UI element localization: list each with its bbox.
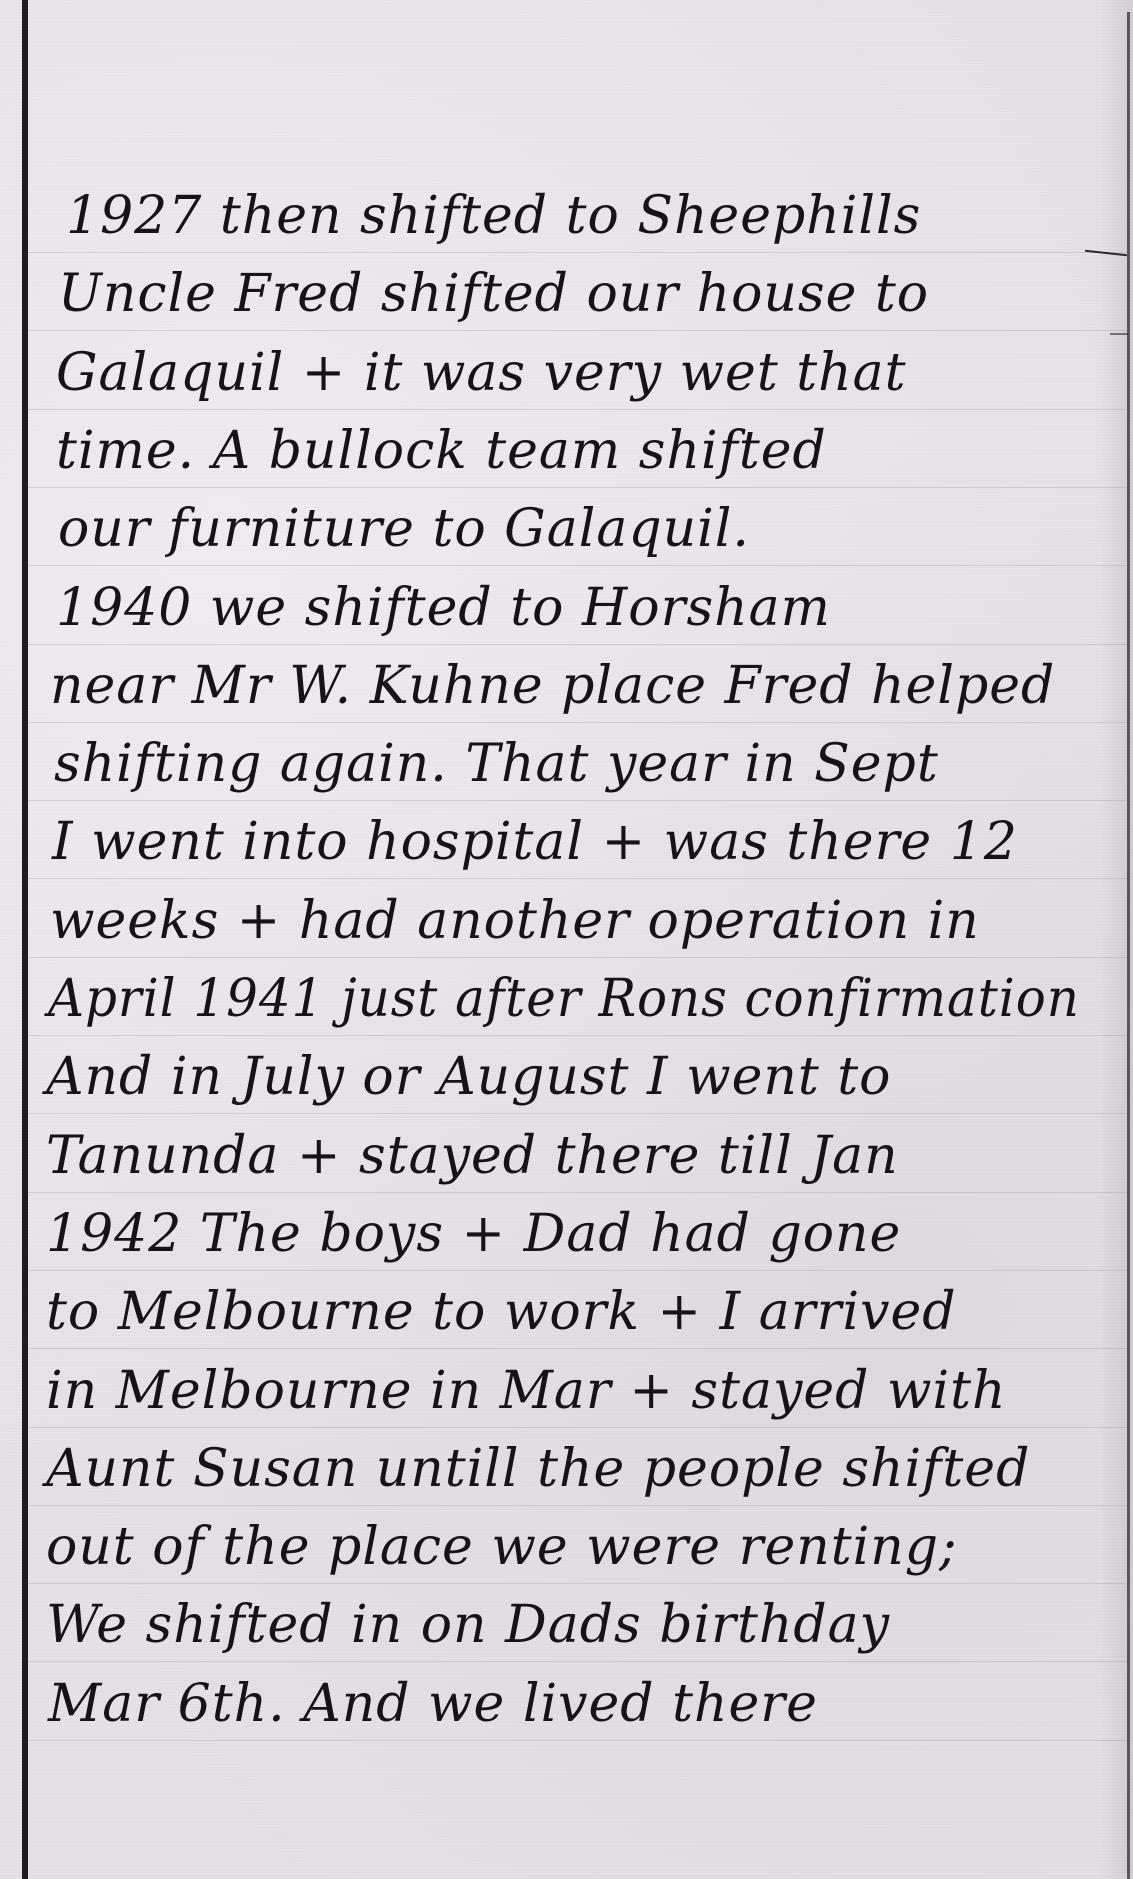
text-line: Uncle Fred shifted our house to [58, 268, 929, 320]
text-line: Mar 6th. And we lived there [48, 1678, 818, 1730]
text-line: 1940 we shifted to Horsham [56, 582, 831, 634]
text-line: out of the place we were renting; [46, 1521, 958, 1573]
text-line: Tanunda + stayed there till Jan [46, 1130, 899, 1182]
text-line: time. A bullock team shifted [56, 425, 827, 477]
text-line: near Mr W. Kuhne place Fred helped [50, 660, 1055, 712]
text-line: Aunt Susan untill the people shifted [46, 1443, 1030, 1495]
text-line: to Melbourne to work + I arrived [46, 1286, 957, 1338]
text-line: April 1941 just after Rons confirmation [48, 973, 1080, 1025]
text-lines: 1927 then shifted to Sheephills Uncle Fr… [0, 0, 1133, 1879]
text-line: in Melbourne in Mar + stayed with [46, 1365, 1007, 1417]
text-line: We shifted in on Dads birthday [46, 1599, 890, 1651]
text-line: And in July or August I went to [46, 1051, 891, 1103]
text-line: weeks + had another operation in [50, 895, 980, 947]
handwritten-page: 1927 then shifted to Sheephills Uncle Fr… [0, 0, 1133, 1879]
text-line: shifting again. That year in Sept [54, 738, 939, 790]
text-line: I went into hospital + was there 12 [52, 816, 1018, 868]
margin-tick-mark [1110, 333, 1128, 335]
text-line: Galaquil + it was very wet that [56, 347, 907, 399]
text-line: our furniture to Galaquil. [58, 503, 750, 555]
text-line: 1942 The boys + Dad had gone [46, 1208, 901, 1260]
text-line: 1927 then shifted to Sheephills [66, 190, 921, 242]
